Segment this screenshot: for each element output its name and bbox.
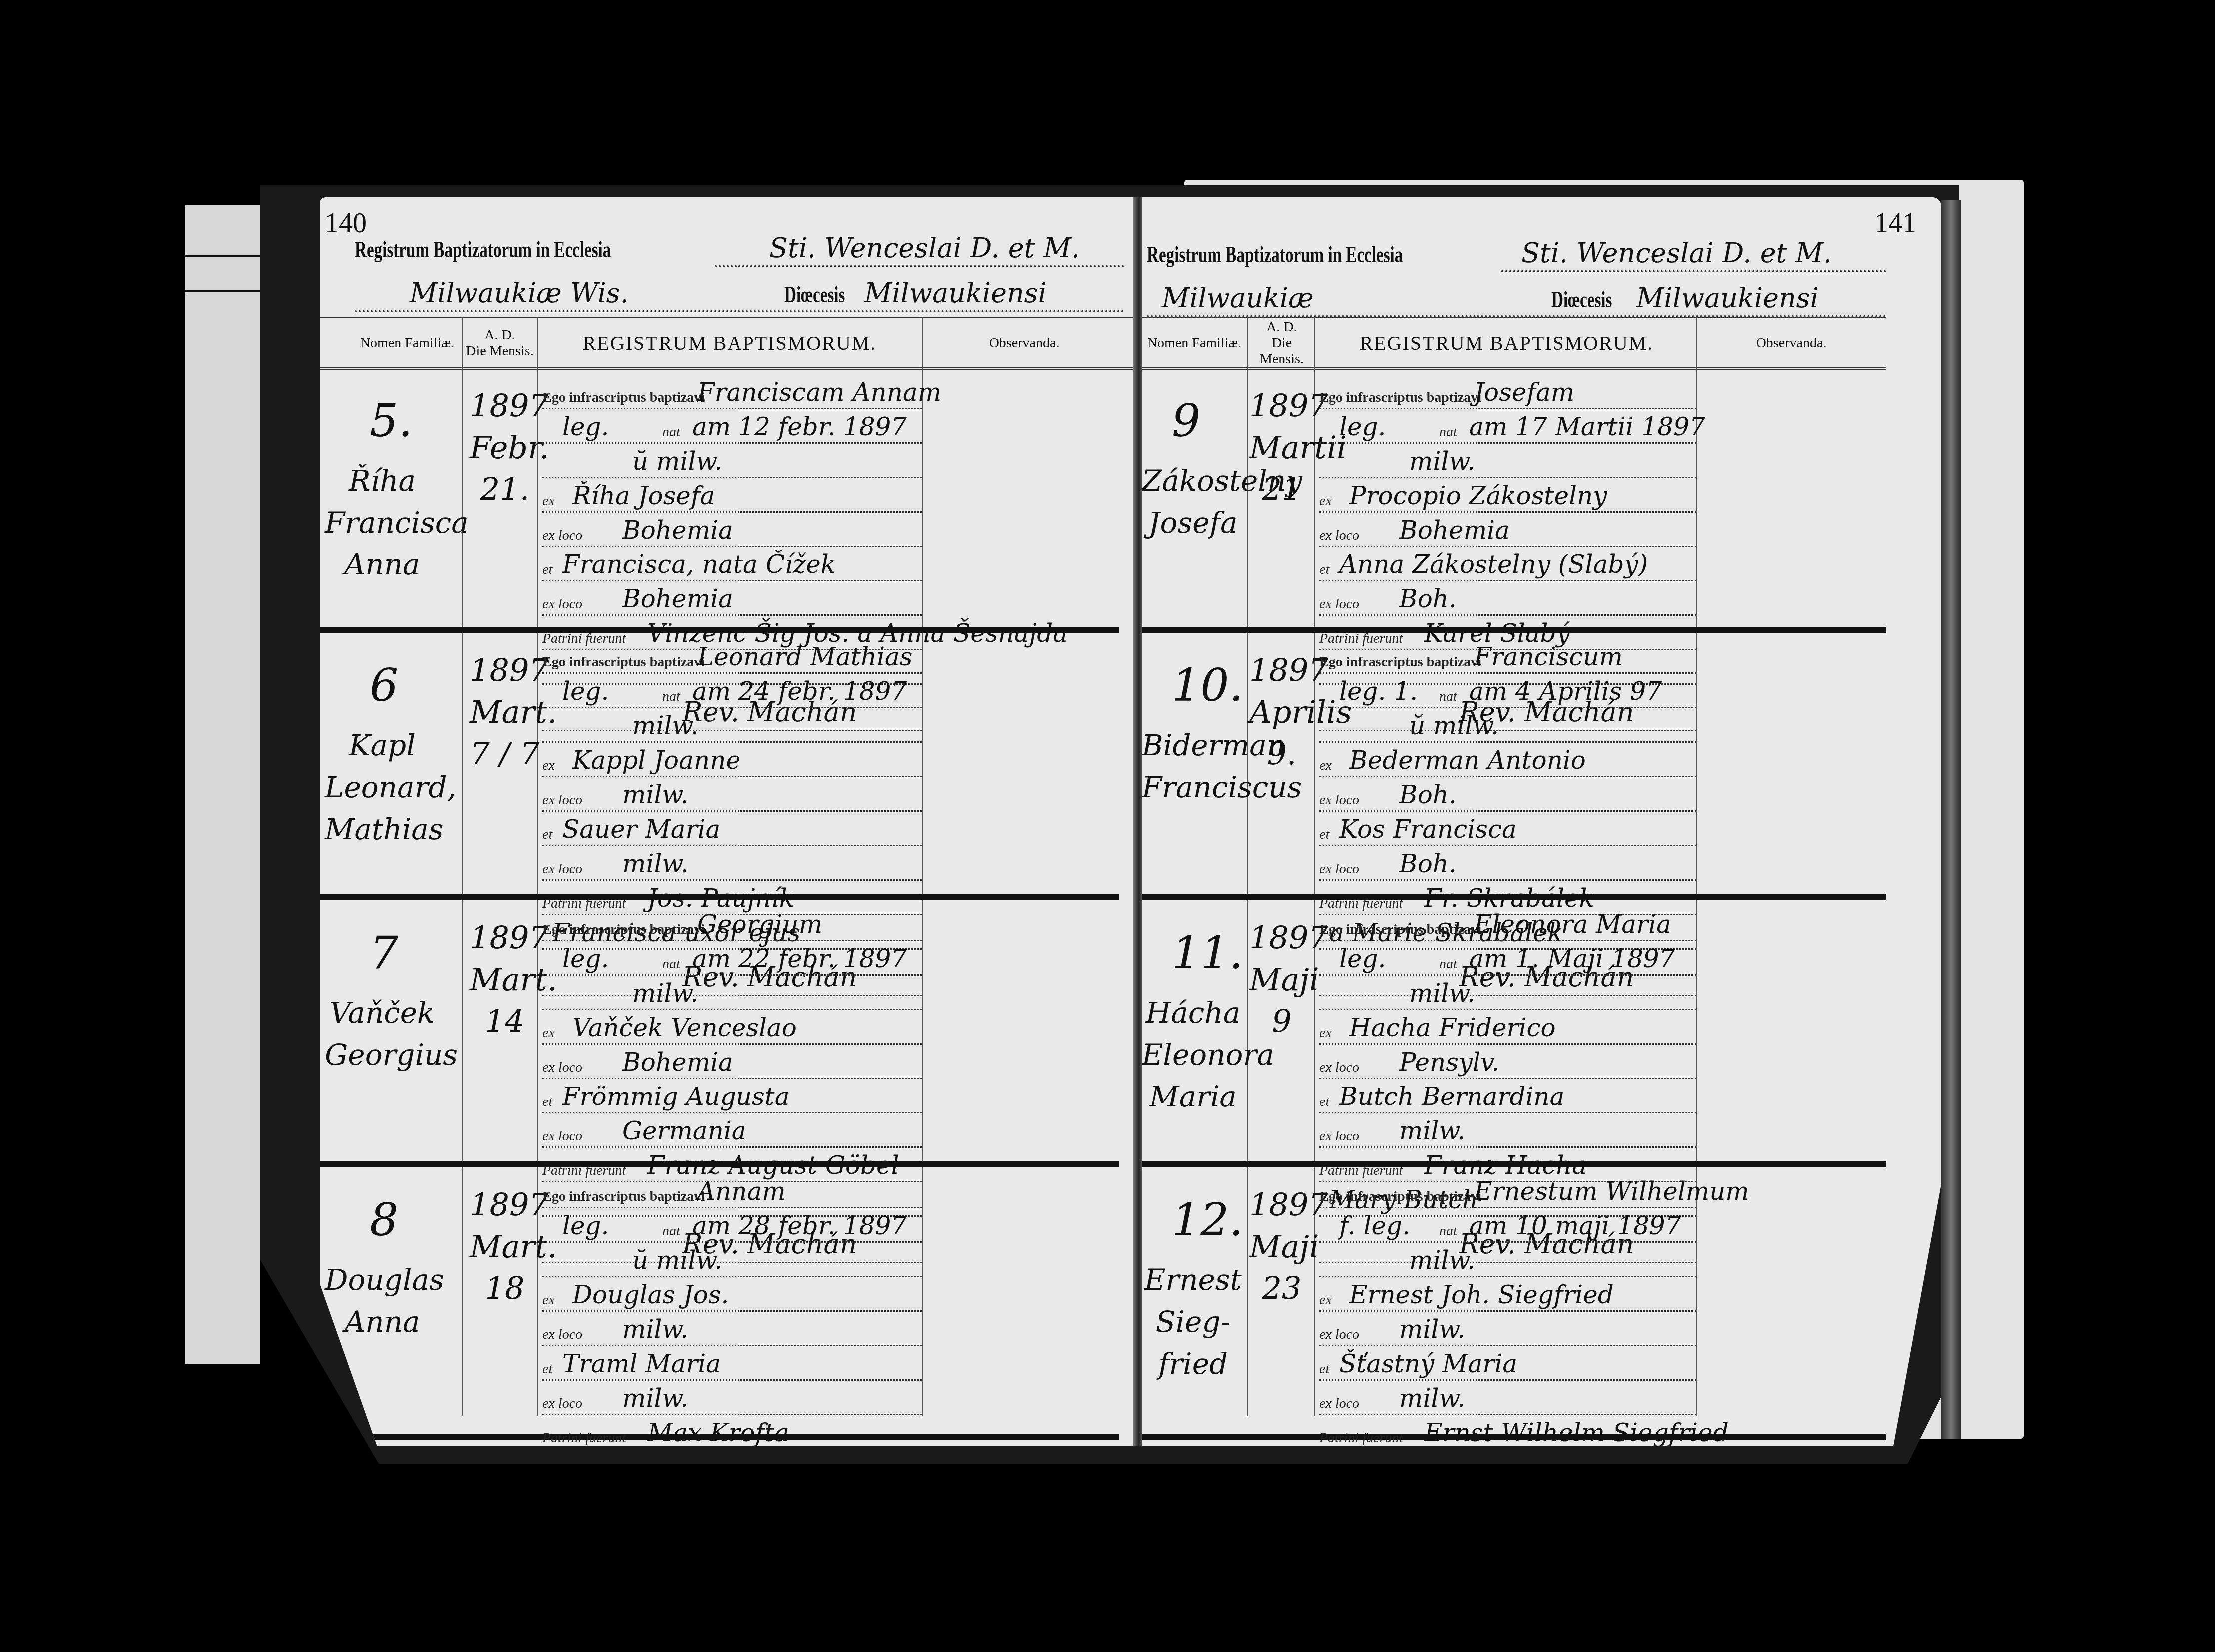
father-name: Vaňček Venceslao <box>572 1013 797 1042</box>
father-name: Říha Josefa <box>572 481 715 510</box>
entry-year: 1897 <box>1249 1184 1314 1226</box>
entry-day: 9. <box>1249 733 1314 775</box>
family-name: Ernest Sieg- <box>1142 1259 1244 1343</box>
baptism-entry: 10. Biderman Franciscus 1897 Aprilis 9. … <box>1142 629 1886 900</box>
label-ego: Ego infrascriptus baptizavi <box>542 1189 705 1205</box>
baptism-entry: 6 Kapl Leonard, Mathias 1897 Mart. 7 / 7… <box>320 629 1119 900</box>
label-ex: ex <box>1319 1292 1332 1308</box>
entry-month: Mart. <box>470 1226 540 1268</box>
label-ego: Ego infrascriptus baptizavi <box>1319 390 1481 406</box>
entry-month: Martii <box>1249 427 1314 469</box>
label-nat: nat <box>1439 424 1457 440</box>
label-nat: nat <box>1439 1223 1457 1239</box>
column-headers: Nomen Familiæ. A. D.Die Mensis. REGISTRU… <box>320 317 1139 370</box>
label-patrini: Patrini fuerunt <box>542 1430 626 1446</box>
printed-title: Registrum Baptizatorum in Ecclesia <box>355 236 611 263</box>
entry-year: 1897 <box>1249 917 1314 959</box>
label-ex-loco: ex loco <box>1319 528 1359 544</box>
baptized-name: Georgium <box>697 910 822 939</box>
col-observanda: Observanda. <box>1699 319 1884 367</box>
entry-year: 1897 <box>470 649 540 691</box>
baptized-name: Josefam <box>1474 378 1574 407</box>
label-ex-loco: ex loco <box>1319 861 1359 877</box>
dioecesis-value: Milwaukiensi <box>1636 282 1819 314</box>
entry-number: 12. <box>1172 1194 1243 1246</box>
family-name: Kapl <box>325 724 440 766</box>
col-nomen: Nomen Familiæ. <box>355 319 460 367</box>
birth-date: am 4 Aprilis 97 <box>1469 677 1662 706</box>
col-registrum: REGISTRUM BAPTISMORUM. <box>1317 319 1696 367</box>
family-name: Říha <box>325 460 440 502</box>
entry-day: 14 <box>470 1000 540 1042</box>
col-registrum: REGISTRUM BAPTISMORUM. <box>540 319 919 367</box>
page-140: 140 Registrum Baptizatorum in Ecclesia S… <box>320 197 1139 1446</box>
ecclesia-value: Sti. Wenceslai D. et M. <box>1521 237 1832 269</box>
label-nat: nat <box>662 689 680 705</box>
label-ego: Ego infrascriptus baptizavi <box>1319 922 1481 938</box>
baptized-name: Ernestum Wilhelmum <box>1474 1177 1749 1206</box>
mother-name: Kos Francisca <box>1339 815 1517 844</box>
label-ex: ex <box>542 1292 555 1308</box>
diocese-header: Milwaukiæ Diœcesis Milwaukiensi <box>1142 282 1941 317</box>
birth-place: milw. <box>1409 979 1475 1008</box>
family-name: Zákostelny <box>1142 460 1244 502</box>
baptism-entry: 12. Ernest Sieg- fried 1897 Maji 23 Ego … <box>1142 1164 1886 1440</box>
legitimacy: leg. <box>562 1211 609 1240</box>
entry-number: 9 <box>1172 395 1200 447</box>
col-die: Die Mensis. <box>466 343 533 359</box>
mother-place: milw. <box>622 849 688 878</box>
col-nomen: Nomen Familiæ. <box>1142 319 1247 367</box>
label-ex: ex <box>542 758 555 774</box>
printed-title: Registrum Baptizatorum in Ecclesia <box>1147 241 1403 268</box>
father-name: Procopio Zákostelny <box>1349 481 1607 510</box>
entry-year: 1897 <box>470 1184 540 1226</box>
mother-place: Germania <box>622 1116 746 1145</box>
entry-number: 5. <box>370 395 413 447</box>
label-et: et <box>1319 1361 1329 1377</box>
diocese-header: Milwaukiæ Wis. Diœcesis Milwaukiensi <box>320 277 1139 312</box>
label-ex-loco: ex loco <box>1319 1128 1359 1144</box>
entry-year: 1897 <box>1249 385 1314 427</box>
label-et: et <box>542 1094 552 1110</box>
label-ex-loco: ex loco <box>542 1060 582 1076</box>
ecclesia-value: Sti. Wenceslai D. et M. <box>769 232 1080 264</box>
given-name: Francisca Anna <box>325 502 440 585</box>
entry-year: 1897 <box>470 385 540 427</box>
birth-place: milw. <box>1409 1246 1475 1275</box>
godparents: Ernst Wilhelm Siegfried <box>1424 1418 1729 1447</box>
mother-name: Francisca, nata Čížek <box>562 550 836 579</box>
entry-month: Mart. <box>470 691 540 733</box>
father-place: Boh. <box>1399 780 1457 809</box>
col-ad: A. D. <box>1266 319 1297 335</box>
label-ex-loco: ex loco <box>542 596 582 612</box>
entry-day: 18 <box>470 1267 540 1309</box>
father-place: milw. <box>1399 1315 1465 1344</box>
birth-place: ŭ milw. <box>632 447 722 476</box>
label-et: et <box>1319 562 1329 578</box>
baptism-entry: 8 Douglas Anna 1897 Mart. 18 Ego infrasc… <box>320 1164 1119 1440</box>
label-nat: nat <box>662 424 680 440</box>
legitimacy: leg. <box>562 412 609 441</box>
col-observanda: Observanda. <box>924 319 1124 367</box>
label-ex: ex <box>1319 1025 1332 1041</box>
label-nat: nat <box>1439 956 1457 972</box>
entry-month: Maji <box>1249 959 1314 1001</box>
dioecesis-label: Diœcesis <box>1551 286 1612 313</box>
entry-number: 11. <box>1172 927 1243 979</box>
mother-place: milw. <box>1399 1116 1465 1145</box>
entry-day: 9 <box>1249 1000 1314 1042</box>
father-name: Douglas Jos. <box>572 1280 729 1309</box>
given-name: Josefa <box>1142 502 1244 544</box>
family-name: Biderman <box>1142 724 1244 766</box>
baptized-name: Leonard Mathias <box>697 642 912 671</box>
church-header: Registrum Baptizatorum in Ecclesia Sti. … <box>320 232 1139 267</box>
label-ex: ex <box>542 1025 555 1041</box>
birth-place: milw. <box>632 711 698 740</box>
entry-month: Aprilis <box>1249 691 1314 733</box>
legitimacy: f. leg. <box>1339 1211 1410 1240</box>
father-place: Bohemia <box>622 516 733 545</box>
given-name: Leonard, Mathias <box>325 766 440 850</box>
entry-day: 23 <box>1249 1267 1314 1309</box>
family-name: Douglas <box>325 1259 440 1301</box>
birth-date: am 1. Maji 1897 <box>1469 944 1675 973</box>
mother-place: milw. <box>1399 1384 1465 1413</box>
label-nat: nat <box>662 1223 680 1239</box>
entry-month: Maji <box>1249 1226 1314 1268</box>
label-ego: Ego infrascriptus baptizavi <box>1319 654 1481 670</box>
label-patrini: Patrini fuerunt <box>1319 1430 1403 1446</box>
legitimacy: leg. <box>1339 944 1386 973</box>
label-ex: ex <box>1319 758 1332 774</box>
family-name: Hácha <box>1142 992 1244 1034</box>
label-ex-loco: ex loco <box>542 861 582 877</box>
given-name: fried <box>1142 1343 1244 1385</box>
father-place: milw. <box>622 1315 688 1344</box>
birth-place: milw. <box>1409 447 1475 476</box>
entry-number: 8 <box>370 1194 398 1246</box>
mother-name: Anna Zákostelny (Slabý) <box>1339 550 1648 579</box>
label-ego: Ego infrascriptus baptizavi <box>542 654 705 670</box>
dioecesis-label: Diœcesis <box>784 281 845 308</box>
entry-number: 10. <box>1172 659 1243 712</box>
legitimacy: leg. 1. <box>1339 677 1418 706</box>
mother-name: Šťastný Maria <box>1339 1349 1517 1378</box>
baptized-name: Annam <box>697 1177 786 1206</box>
godparents: Max Krofta <box>647 1418 789 1447</box>
birth-date: am 12 febr. 1897 <box>692 412 907 441</box>
label-et: et <box>1319 827 1329 843</box>
entry-number: 7 <box>370 927 398 979</box>
label-ex-loco: ex loco <box>542 1327 582 1343</box>
label-ex-loco: ex loco <box>1319 1060 1359 1076</box>
entry-year: 1897 <box>470 917 540 959</box>
label-et: et <box>542 1361 552 1377</box>
mother-name: Traml Maria <box>562 1349 721 1378</box>
birth-date: am 10 maji 1897 <box>1469 1211 1681 1240</box>
label-ex: ex <box>1319 493 1332 509</box>
entry-day: 7 / 7 <box>470 733 540 775</box>
legitimacy: leg. <box>1339 412 1386 441</box>
label-et: et <box>542 827 552 843</box>
label-ego: Ego infrascriptus baptizavi <box>1319 1189 1481 1205</box>
label-et: et <box>1319 1094 1329 1110</box>
baptism-entry: 9 Zákostelny Josefa 1897 Martii 21 Ego i… <box>1142 365 1886 633</box>
label-ex-loco: ex loco <box>1319 792 1359 808</box>
label-ex-loco: ex loco <box>1319 1327 1359 1343</box>
label-ex-loco: ex loco <box>542 528 582 544</box>
col-die: Die Mensis. <box>1249 335 1314 367</box>
father-name: Kappl Joanne <box>572 746 740 775</box>
mother-name: Butch Bernardina <box>1339 1082 1564 1111</box>
label-ex-loco: ex loco <box>1319 596 1359 612</box>
legitimacy: leg. <box>562 944 609 973</box>
father-place: Bohemia <box>1399 516 1510 545</box>
baptism-entry: 5. Říha Francisca Anna 1897 Febr. 21. Eg… <box>320 365 1119 633</box>
legitimacy: leg. <box>562 677 609 706</box>
father-place: Pensylv. <box>1399 1048 1499 1077</box>
baptism-entry: 11. Hácha Eleonora Maria 1897 Maji 9 Ego… <box>1142 897 1886 1167</box>
father-place: Bohemia <box>622 1048 733 1077</box>
entry-day: 21. <box>470 468 540 510</box>
locus-value: Milwaukiæ Wis. <box>410 277 629 309</box>
col-ad: A. D. <box>484 327 515 343</box>
page-stack-edge <box>185 205 260 1364</box>
mother-place: Bohemia <box>622 584 733 613</box>
label-ego: Ego infrascriptus baptizavi <box>542 922 705 938</box>
baptism-entry: 7 Vaňček Georgius 1897 Mart. 14 Ego infr… <box>320 897 1119 1167</box>
birth-date: am 28 febr. 1897 <box>692 1211 907 1240</box>
father-name: Bederman Antonio <box>1349 746 1586 775</box>
label-ex-loco: ex loco <box>542 1128 582 1144</box>
given-name: Georgius <box>325 1034 440 1076</box>
page-number: 141 <box>1874 207 1916 239</box>
baptized-name: Franciscum <box>1474 642 1623 671</box>
mother-place: Boh. <box>1399 849 1457 878</box>
birth-date: am 22 febr. 1897 <box>692 944 907 973</box>
father-place: milw. <box>622 780 688 809</box>
dioecesis-value: Milwaukiensi <box>864 277 1047 309</box>
label-ex-loco: ex loco <box>542 1396 582 1412</box>
page-edge-right <box>1941 200 1961 1439</box>
label-nat: nat <box>662 956 680 972</box>
birth-place: ŭ milw. <box>632 1246 722 1275</box>
church-header: Registrum Baptizatorum in Ecclesia Sti. … <box>1142 237 1941 272</box>
label-ex: ex <box>542 493 555 509</box>
birth-date: am 24 febr. 1897 <box>692 677 907 706</box>
birth-date: am 17 Martii 1897 <box>1469 412 1705 441</box>
priest-signature: Rev. Machán <box>682 1496 857 1527</box>
family-name: Vaňček <box>325 992 440 1034</box>
birth-place: milw. <box>632 979 698 1008</box>
label-nat: nat <box>1439 689 1457 705</box>
given-name: Eleonora Maria <box>1142 1034 1244 1117</box>
priest-signature: Rev. Machán <box>1459 1496 1634 1527</box>
mother-name: Frömmig Augusta <box>562 1082 790 1111</box>
entry-day: 21 <box>1249 468 1314 510</box>
entry-month: Febr. <box>470 427 540 469</box>
father-name: Ernest Joh. Siegfried <box>1349 1280 1614 1309</box>
label-et: et <box>542 562 552 578</box>
column-headers: Nomen Familiæ. A. D.Die Mensis. REGISTRU… <box>1142 317 1886 370</box>
mother-name: Sauer Maria <box>562 815 720 844</box>
locus-value: Milwaukiæ <box>1162 282 1314 314</box>
given-name: Franciscus <box>1142 766 1244 808</box>
page-141: 141 Registrum Baptizatorum in Ecclesia S… <box>1142 197 1941 1446</box>
mother-place: milw. <box>622 1384 688 1413</box>
given-name: Anna <box>325 1301 440 1343</box>
baptized-name: Franciscam Annam <box>697 378 941 407</box>
label-ego: Ego infrascriptus baptizavi <box>542 390 705 406</box>
father-name: Hacha Friderico <box>1349 1013 1556 1042</box>
birth-place: ŭ milw. <box>1409 711 1499 740</box>
mother-place: Boh. <box>1399 584 1457 613</box>
entry-number: 6 <box>370 659 398 712</box>
baptized-name: Eleonora Maria <box>1474 910 1671 939</box>
entry-month: Mart. <box>470 959 540 1001</box>
label-ex-loco: ex loco <box>1319 1396 1359 1412</box>
label-ex-loco: ex loco <box>542 792 582 808</box>
entry-year: 1897 <box>1249 649 1314 691</box>
